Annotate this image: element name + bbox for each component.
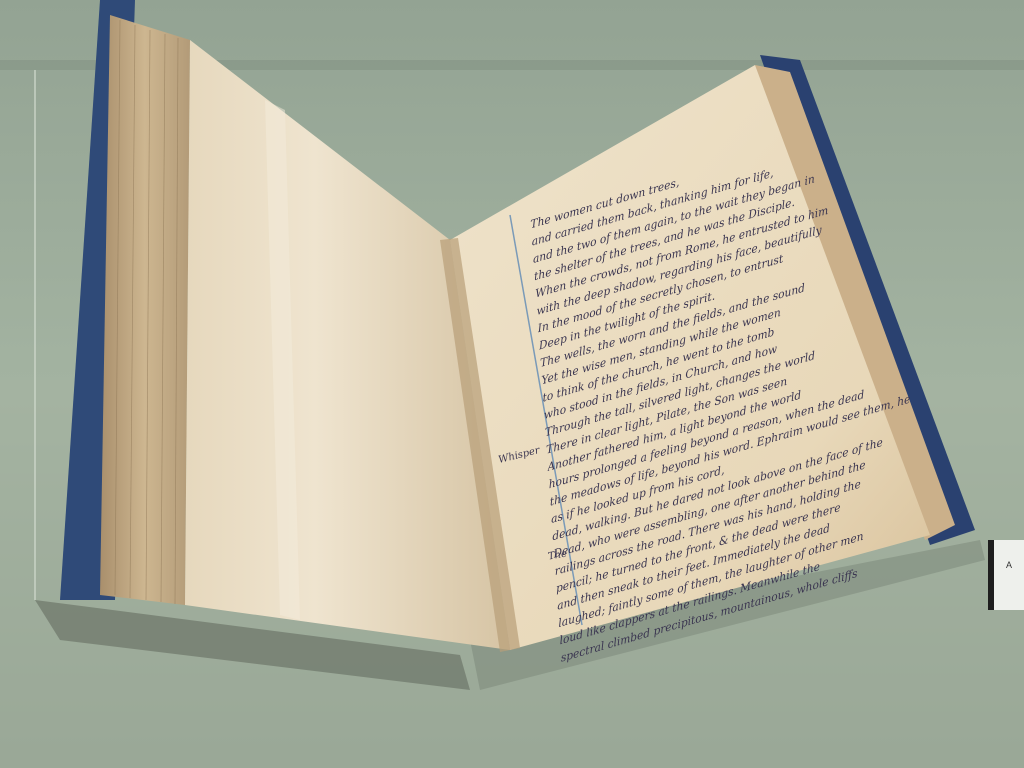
display-label-text: A [1006,560,1012,570]
display-label-card: A [988,540,1024,610]
museum-display-scene: 148 The women cut down trees,and carried… [0,0,1024,768]
